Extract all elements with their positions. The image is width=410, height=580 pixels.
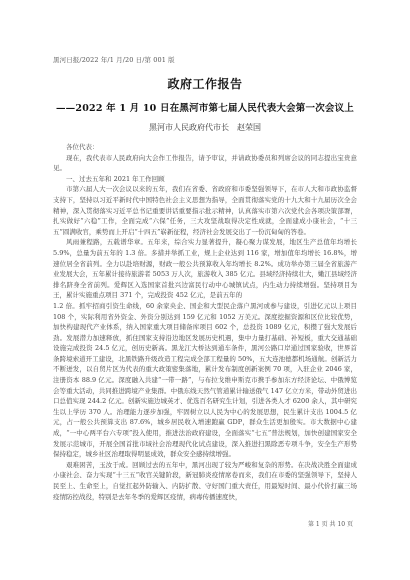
page-number: 第 1 页 共 10 页 xyxy=(308,519,353,528)
document-body: 各位代表： 现在，我代表市人民政府向大会作工作报告，请予审议，并请政协委员和列席… xyxy=(53,142,357,502)
newspaper-header: 黑河日报/2022 年/1 月/20 日/第 001 版 xyxy=(53,55,175,64)
document-title: 政府工作报告 xyxy=(0,75,410,92)
document-subtitle: ——2022 年 1 月 10 日在黑河市第七届人民代表大会第一次会议上 xyxy=(0,100,410,114)
body-paragraph: 风雨兼程路，五载谱华章。五年来，综合实力显著提升，凝心聚力谋发展，地区生产总值年… xyxy=(53,237,357,301)
salutation: 各位代表： xyxy=(53,142,357,153)
document-page: 黑河日报/2022 年/1 月/20 日/第 001 版 政府工作报告 ——20… xyxy=(0,0,410,580)
body-paragraph: 现在，我代表市人民政府向大会作工作报告，请予审议，并请政协委员和列席会议的同志提… xyxy=(53,153,357,174)
body-paragraph: 1.2 倍。抓牢招商引资生命线，60 余家央企、国企和大型民企落户黑河或参与建设… xyxy=(53,301,357,460)
body-paragraph: 市第六届人大一次会议以来的五年，我们在省委、省政府和市委坚强领导下，在市人大和市… xyxy=(53,184,357,237)
document-author: 黑河市人民政府代市长 赵荣国 xyxy=(0,122,410,133)
section-heading: 一、过去五年和 2021 年工作回顾 xyxy=(53,174,357,185)
body-paragraph: 艰难困苦，玉汝于成。回顾过去的五年中，黑河出现了较为严峻和复杂的形势。在决战决胜… xyxy=(53,460,357,502)
